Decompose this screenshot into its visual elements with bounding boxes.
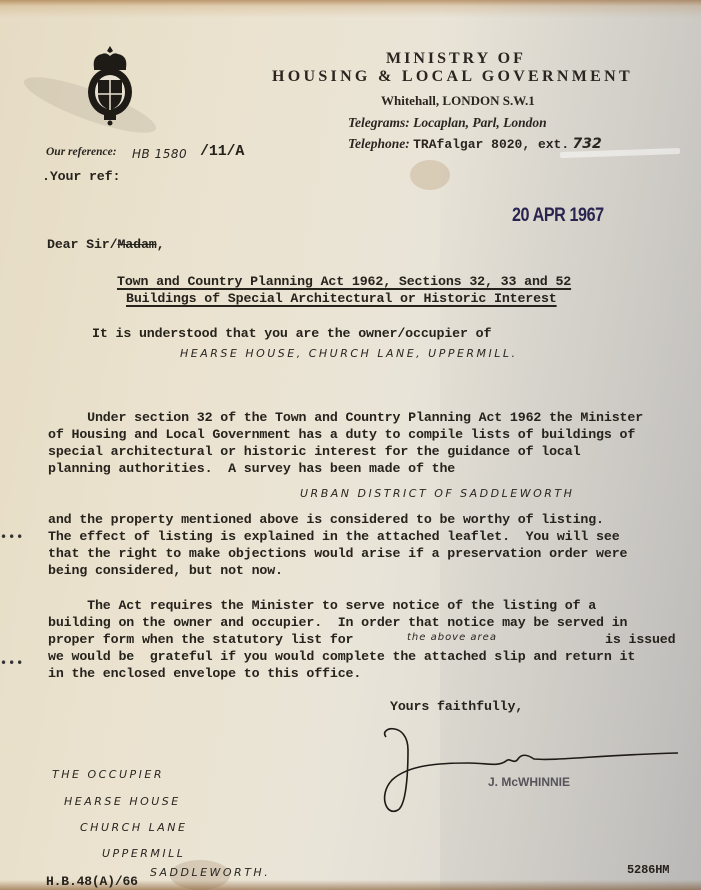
telegrams-value: Locaplan, Parl, London	[413, 115, 547, 130]
addressee-line: Uppermill	[102, 847, 185, 860]
our-reference-label: Our reference:	[46, 146, 117, 158]
property-address-handwritten: Hearse House, Church Lane, Uppermill.	[180, 347, 518, 360]
salutation-comma: ,	[157, 237, 165, 252]
paragraph-3-line: The Act requires the Minister to serve n…	[48, 597, 596, 614]
paragraph-2-line: The effect of listing is explained in th…	[48, 528, 620, 545]
your-reference-label: .Your ref:	[42, 168, 120, 185]
paragraph-3-line: is issued	[605, 631, 675, 648]
royal-coat-of-arms-icon	[84, 44, 136, 126]
paragraph-1-line: planning authorities. A survey has been …	[48, 460, 455, 477]
paragraph-1-line: special architectural or historic intere…	[48, 443, 580, 460]
telegrams-line: Telegrams: Locaplan, Parl, London	[348, 115, 547, 131]
paragraph-2-line: that the right to make objections would …	[48, 545, 627, 562]
list-area-handwritten: the above area	[407, 632, 497, 643]
margin-mark: •••	[0, 656, 24, 670]
letterhead-department-name: HOUSING & LOCAL GOVERNMENT	[272, 68, 633, 86]
letterhead-address: Whitehall, LONDON S.W.1	[381, 93, 535, 109]
addressee-line: Saddleworth.	[150, 866, 270, 879]
print-code: 5286HM	[627, 862, 669, 879]
date-stamp: 20 APR 1967	[512, 205, 604, 227]
telephone-line: Telephone: TRAfalgar 8020, ext. 732	[348, 136, 602, 152]
letter-page: MINISTRY OF HOUSING & LOCAL GOVERNMENT W…	[0, 0, 701, 890]
form-number: H.B.48(A)/66	[46, 873, 138, 890]
salutation: Dear Sir/Madam,	[47, 236, 164, 253]
telephone-value: TRAfalgar 8020, ext.	[413, 137, 569, 152]
address-prefix: Whitehall,	[381, 93, 442, 108]
telephone-extension-handwritten: 732	[573, 136, 602, 152]
intro-text: It is understood that you are the owner/…	[92, 325, 491, 342]
paragraph-1-line: of Housing and Local Government has a du…	[48, 426, 635, 443]
stain	[410, 160, 450, 190]
paragraph-2-line: and the property mentioned above is cons…	[48, 511, 604, 528]
telephone-label: Telephone:	[348, 136, 410, 151]
paragraph-3-line: proper form when the statutory list for	[48, 631, 353, 648]
salutation-struck-word: Madam	[117, 237, 156, 252]
paragraph-3-line: we would be grateful if you would comple…	[48, 648, 635, 665]
stamped-name: J. McWHINNIE	[488, 775, 570, 789]
paragraph-3-line: in the enclosed envelope to this office.	[48, 665, 361, 682]
salutation-prefix: Dear Sir/	[47, 237, 117, 252]
our-reference-handwritten: HB 1580	[132, 147, 187, 161]
telegrams-label: Telegrams:	[348, 115, 410, 130]
addressee-line: The Occupier	[52, 768, 164, 781]
subject-line-2: Buildings of Special Architectural or Hi…	[126, 290, 557, 307]
paragraph-2-line: being considered, but not now.	[48, 562, 283, 579]
paragraph-3-line: building on the owner and occupier. In o…	[48, 614, 627, 631]
our-reference-typed: /11/A	[200, 143, 244, 160]
letterhead-ministry-of: MINISTRY OF	[386, 50, 526, 68]
subject-line-1: Town and Country Planning Act 1962, Sect…	[117, 273, 571, 290]
address-suffix: S.W.1	[499, 93, 534, 108]
closing: Yours faithfully,	[390, 698, 523, 715]
paragraph-1-line: Under section 32 of the Town and Country…	[48, 409, 643, 426]
addressee-line: Church Lane	[80, 821, 187, 834]
address-city: LONDON	[442, 93, 499, 108]
survey-area-handwritten: Urban District of Saddleworth	[300, 487, 574, 500]
addressee-line: Hearse House	[64, 795, 181, 808]
margin-mark: •••	[0, 530, 24, 544]
